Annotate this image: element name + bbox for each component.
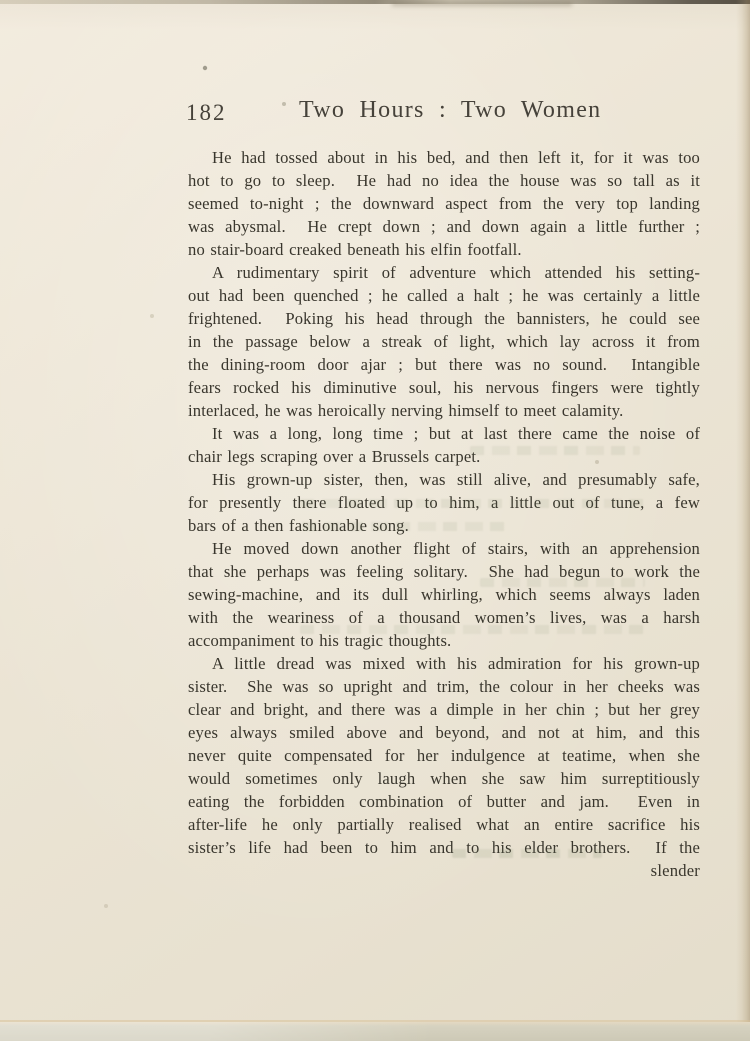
book-page: 182 Two Hours : Two Women He had tossed … — [0, 0, 750, 1041]
show-through-text — [480, 578, 645, 587]
paragraph-2-line-3: frightened. Poking his head through the … — [188, 307, 700, 330]
paragraph-1-line-5: no stair-board creaked beneath his elfin… — [188, 238, 700, 261]
paragraph-1-line-1: He had tossed about in his bed, and then… — [188, 146, 700, 169]
paragraph-5-line-1: He moved down another flight of stairs, … — [188, 537, 700, 560]
paragraph-1-line-4: was abysmal. He crept down ; and down ag… — [188, 215, 700, 238]
page-number: 182 — [186, 100, 227, 126]
page-bottom-edge-shadow — [0, 1022, 750, 1041]
paragraph-3-line-1: It was a long, long time ; but at last t… — [188, 422, 700, 445]
paragraph-2-line-6: fears rocked his diminutive soul, his ne… — [188, 376, 700, 399]
show-through-text — [470, 446, 640, 455]
show-through-text — [302, 522, 512, 531]
show-through-text — [300, 625, 645, 634]
paragraph-6-line-1: A little dread was mixed with his admira… — [188, 652, 700, 675]
paragraph-6-line-4: eyes always smiled above and beyond, and… — [188, 721, 700, 744]
show-through-text — [452, 849, 602, 858]
paragraph-2-line-2: out had been quenched ; he called a halt… — [188, 284, 700, 307]
paragraph-1-line-3: seemed to-night ; the downward aspect fr… — [188, 192, 700, 215]
paragraph-2-line-7: interlaced, he was heroically nerving hi… — [188, 399, 700, 422]
dust-specks — [0, 0, 2, 2]
paragraph-4-line-1: His grown-up sister, then, was still ali… — [188, 468, 700, 491]
catchword: slender — [188, 859, 700, 882]
paragraph-1-line-2: hot to go to sleep. He had no idea the h… — [188, 169, 700, 192]
paragraph-6-line-8: after-life he only partially realised wh… — [188, 813, 700, 836]
paragraph-2-line-1: A rudimentary spirit of adventure which … — [188, 261, 700, 284]
paragraph-6-line-7: eating the forbidden combination of butt… — [188, 790, 700, 813]
running-title: Two Hours : Two Women — [299, 97, 601, 124]
page-top-edge-shadow — [0, 0, 750, 4]
page-right-edge-shadow — [736, 0, 750, 1041]
paragraph-2-line-4: in the passage below a streak of light, … — [188, 330, 700, 353]
page-top-smudge — [392, 2, 572, 6]
paragraph-6-line-2: sister. She was so upright and trim, the… — [188, 675, 700, 698]
paragraph-6-line-6: would sometimes only laugh when she saw … — [188, 767, 700, 790]
paragraph-6-line-9: sister’s life had been to him and to his… — [188, 836, 700, 859]
paragraph-2-line-5: the dining-room door ajar ; but there wa… — [188, 353, 700, 376]
paragraph-6-line-5: never quite compensated for her indulgen… — [188, 744, 700, 767]
paragraph-6-line-3: clear and bright, and there was a dimple… — [188, 698, 700, 721]
show-through-text — [300, 499, 645, 508]
